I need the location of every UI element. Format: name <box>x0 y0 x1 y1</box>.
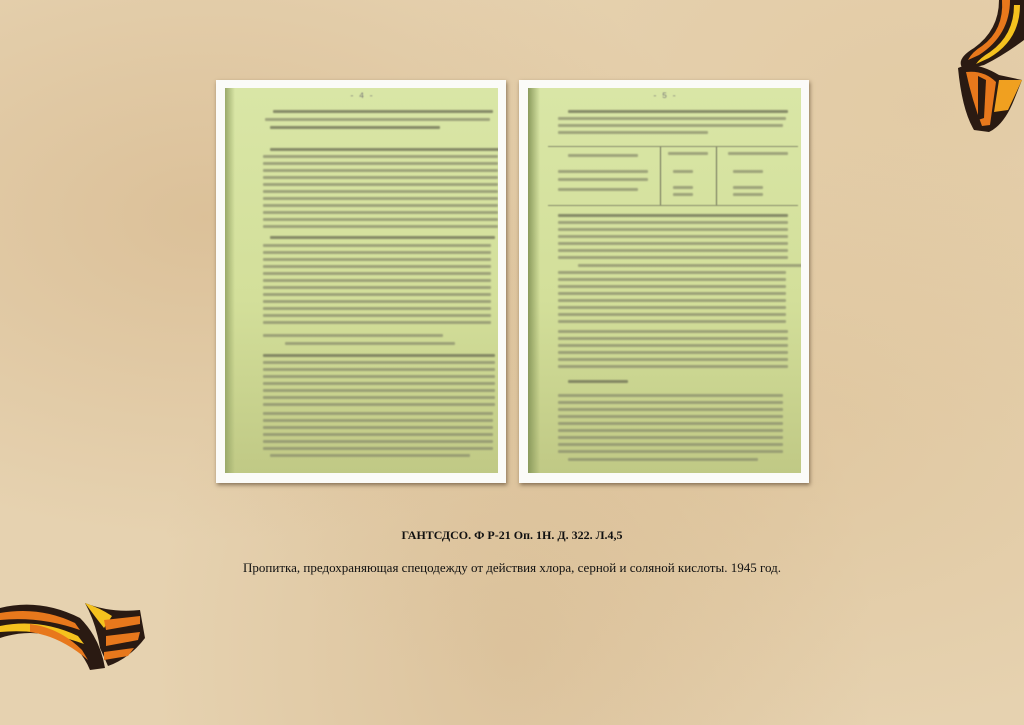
illegible-text-line <box>558 436 783 439</box>
illegible-text-line <box>568 380 628 383</box>
caption: Пропитка, предохраняющая спецодежду от д… <box>0 560 1024 576</box>
illegible-text-line <box>558 313 786 316</box>
illegible-text-line <box>263 155 498 158</box>
illegible-text-line <box>263 211 498 214</box>
illegible-text-line <box>263 218 498 221</box>
illegible-text-line <box>578 264 801 267</box>
illegible-text-line <box>263 321 491 324</box>
illegible-text-line <box>263 433 493 436</box>
illegible-text-line <box>263 426 493 429</box>
document-sheet: - 4 - <box>225 88 498 473</box>
illegible-text-line <box>263 176 498 179</box>
illegible-text-line <box>728 152 788 155</box>
illegible-text-line <box>263 169 498 172</box>
illegible-text-line <box>733 186 763 189</box>
illegible-text-line <box>263 286 491 289</box>
illegible-text-line <box>558 330 788 333</box>
st-george-ribbon-icon <box>944 0 1024 135</box>
illegible-text-line <box>263 396 495 399</box>
illegible-text-line <box>558 242 788 245</box>
illegible-text-line <box>263 375 495 378</box>
illegible-text-line <box>263 382 495 385</box>
illegible-text-line <box>263 412 493 415</box>
illegible-text-line <box>558 344 788 347</box>
illegible-text-line <box>558 306 786 309</box>
illegible-text-line <box>285 342 455 345</box>
illegible-text-line <box>263 197 498 200</box>
illegible-text-line <box>263 447 493 450</box>
illegible-text-line <box>558 450 783 453</box>
illegible-text-line <box>558 365 788 368</box>
page-number: - 4 - <box>225 92 498 101</box>
illegible-text-line <box>270 148 498 151</box>
illegible-text-line <box>558 131 708 134</box>
illegible-text-line <box>265 118 490 121</box>
illegible-text-line <box>558 249 788 252</box>
illegible-text-line <box>263 190 498 193</box>
illegible-text-line <box>558 214 788 217</box>
illegible-text-line <box>263 293 491 296</box>
illegible-text-line <box>263 279 491 282</box>
illegible-text-line <box>558 271 786 274</box>
illegible-text-line <box>558 443 783 446</box>
illegible-text-line <box>558 228 788 231</box>
illegible-text-line <box>263 225 498 228</box>
illegible-text-line <box>673 193 693 196</box>
illegible-text-line <box>263 440 493 443</box>
illegible-text-line <box>270 236 495 239</box>
illegible-text-line <box>263 403 495 406</box>
illegible-text-line <box>263 183 498 186</box>
illegible-text-line <box>558 320 786 323</box>
illegible-text-line <box>558 408 783 411</box>
document-page-photo: - 4 - <box>216 80 506 483</box>
illegible-text-line <box>558 401 783 404</box>
illegible-text-line <box>568 110 788 113</box>
illegible-text-line <box>733 170 763 173</box>
illegible-text-line <box>263 251 491 254</box>
illegible-text-line <box>558 278 786 281</box>
illegible-text-line <box>263 162 498 165</box>
illegible-text-line <box>558 285 786 288</box>
illegible-text-line <box>558 124 783 127</box>
illegible-text-line <box>558 235 788 238</box>
illegible-text-line <box>263 272 491 275</box>
illegible-text-line <box>263 389 495 392</box>
illegible-text-line <box>263 244 491 247</box>
illegible-text-line <box>558 117 786 120</box>
illegible-text-line <box>568 154 638 157</box>
illegible-text-line <box>270 126 440 129</box>
illegible-text-line <box>263 204 498 207</box>
illegible-text-line <box>263 419 493 422</box>
illegible-text-line <box>558 358 788 361</box>
illegible-text-line <box>263 354 495 357</box>
illegible-text-line <box>558 351 788 354</box>
archive-reference: ГАНТСДСО. Ф Р-21 Оп. 1Н. Д. 322. Л.4,5 <box>0 528 1024 543</box>
illegible-text-line <box>558 178 648 181</box>
document-sheet: - 5 - <box>528 88 801 473</box>
illegible-text-line <box>673 170 693 173</box>
illegible-text-line <box>558 221 788 224</box>
illegible-text-line <box>263 361 495 364</box>
illegible-text-line <box>263 334 443 337</box>
illegible-text-line <box>558 337 788 340</box>
illegible-text-line <box>558 170 648 173</box>
illegible-text-line <box>558 422 783 425</box>
illegible-text-line <box>263 258 491 261</box>
illegible-text-line <box>668 152 708 155</box>
illegible-text-line <box>558 394 783 397</box>
illegible-text-line <box>263 307 491 310</box>
illegible-text-line <box>558 292 786 295</box>
illegible-text-line <box>263 265 491 268</box>
illegible-text-line <box>263 300 491 303</box>
illegible-text-line <box>273 110 493 113</box>
illegible-text-line <box>263 314 491 317</box>
document-page-photo: - 5 - <box>519 80 809 483</box>
st-george-ribbon-icon <box>0 598 150 678</box>
page-number: - 5 - <box>528 92 801 101</box>
illegible-text-line <box>733 193 763 196</box>
illegible-text-line <box>558 415 783 418</box>
illegible-text-line <box>558 429 783 432</box>
illegible-text-line <box>558 188 638 191</box>
illegible-text-line <box>263 368 495 371</box>
illegible-text-line <box>558 256 788 259</box>
illegible-text-line <box>568 458 758 461</box>
illegible-text-line <box>673 186 693 189</box>
illegible-text-line <box>558 299 786 302</box>
illegible-text-line <box>270 454 470 457</box>
